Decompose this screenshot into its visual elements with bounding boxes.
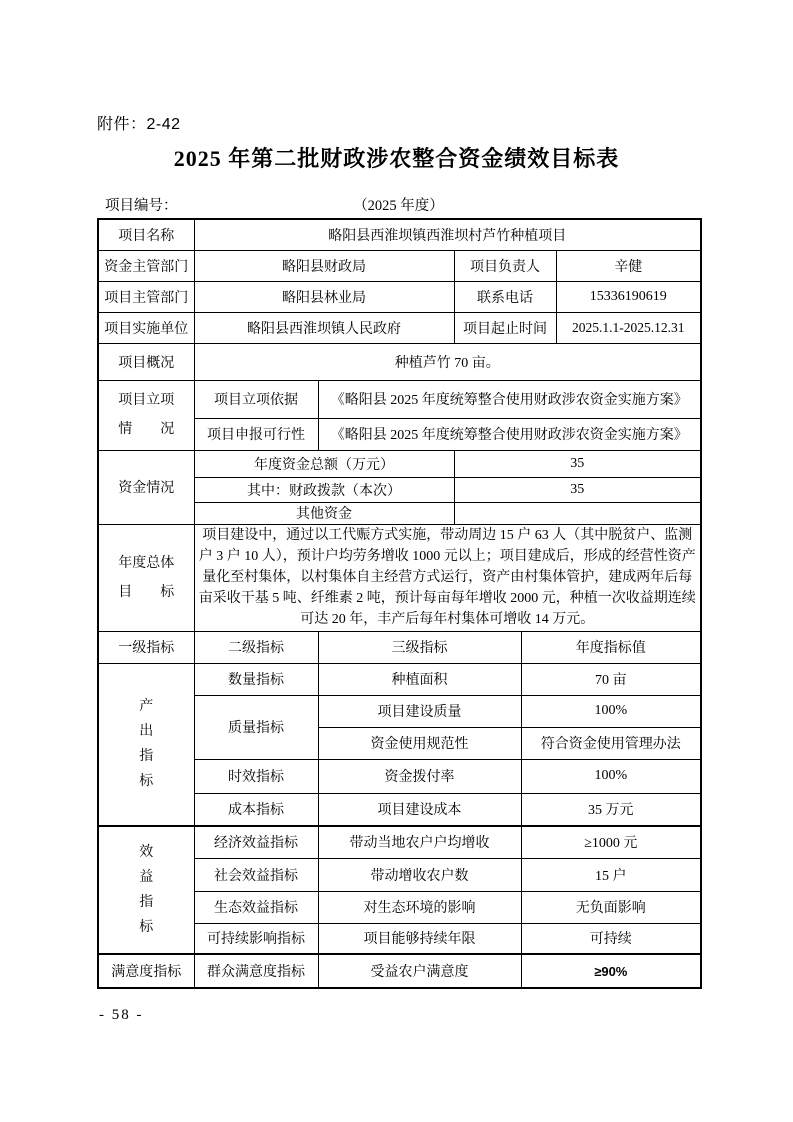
table-row: 项目概况 种植芦竹 70 亩。: [98, 343, 701, 380]
indicator-l3: 项目建设成本: [318, 793, 521, 826]
table-row: 项目实施单位 略阳县西淮坝镇人民政府 项目起止时间 2025.1.1-2025.…: [98, 312, 701, 343]
annual-goal-label-line2: 目 标: [101, 578, 192, 607]
project-name-value: 略阳县西淮坝镇西淮坝村芦竹种植项目: [194, 219, 701, 250]
subheader-row: 项目编号： （2025 年度）: [97, 194, 700, 214]
header-level2: 二级指标: [194, 631, 318, 663]
initiation-label-line1: 项目立项: [101, 386, 192, 415]
indicator-l2: 成本指标: [194, 793, 318, 826]
indicator-value: ≥90%: [521, 954, 701, 988]
phone-label: 联系电话: [454, 281, 556, 312]
indicator-l3: 对生态环境的影响: [318, 891, 521, 923]
header-level1: 一级指标: [98, 631, 194, 663]
annual-goal-label-line1: 年度总体: [101, 549, 192, 578]
attachment-label: 附件：2-42: [97, 111, 181, 134]
indicator-l2: 数量指标: [194, 663, 318, 695]
output-section-label: 产 出 指 标: [98, 663, 194, 826]
feasibility-label: 项目申报可行性: [194, 418, 318, 450]
admin-dept-value: 略阳县林业局: [194, 281, 454, 312]
indicator-row: 效 益 指 标 经济效益指标 带动当地农户户均增收 ≥1000 元: [98, 826, 701, 858]
admin-dept-label: 项目主管部门: [98, 281, 194, 312]
satisfaction-section-label: 满意度指标: [98, 954, 194, 988]
indicator-l3: 种植面积: [318, 663, 521, 695]
indicator-value: 100%: [521, 695, 701, 727]
indicator-l2: 可持续影响指标: [194, 923, 318, 954]
indicator-l3: 资金拨付率: [318, 759, 521, 793]
fund-dept-label: 资金主管部门: [98, 250, 194, 281]
header-value: 年度指标值: [521, 631, 701, 663]
header-level3: 三级指标: [318, 631, 521, 663]
indicator-l2: 质量指标: [194, 695, 318, 759]
indicator-row: 产 出 指 标 数量指标 种植面积 70 亩: [98, 663, 701, 695]
indicator-value: 15 户: [521, 858, 701, 891]
initiation-label-line2: 情 况: [101, 415, 192, 444]
indicator-l3: 受益农户满意度: [318, 954, 521, 988]
indicator-l2: 经济效益指标: [194, 826, 318, 858]
table-row: 项目名称 略阳县西淮坝镇西淮坝村芦竹种植项目: [98, 219, 701, 250]
indicator-value: 35 万元: [521, 793, 701, 826]
annual-goal-label: 年度总体 目 标: [98, 524, 194, 631]
document-title: 2025 年第二批财政涉农整合资金绩效目标表: [0, 142, 793, 173]
impl-unit-value: 略阳县西淮坝镇人民政府: [194, 312, 454, 343]
leader-label: 项目负责人: [454, 250, 556, 281]
benefit-label-char: 效: [101, 840, 192, 865]
table-row: 项目立项 情 况 项目立项依据 《略阳县 2025 年度统筹整合使用财政涉农资金…: [98, 380, 701, 418]
initiation-basis-label: 项目立项依据: [194, 380, 318, 418]
output-label-char: 出: [101, 719, 192, 744]
table-row: 资金情况 年度资金总额（万元） 35: [98, 450, 701, 477]
output-label-char: 指: [101, 744, 192, 769]
indicator-row: 满意度指标 群众满意度指标 受益农户满意度 ≥90%: [98, 954, 701, 988]
annual-goal-text: 项目建设中，通过以工代赈方式实施，带动周边 15 户 63 人（其中脱贫户、监测…: [194, 524, 701, 631]
indicator-l3: 资金使用规范性: [318, 727, 521, 759]
table-row: 资金主管部门 略阳县财政局 项目负责人 辛健: [98, 250, 701, 281]
funding-section-label: 资金情况: [98, 450, 194, 524]
page-number: - 58 -: [99, 1007, 144, 1024]
year-label: （2025 年度）: [97, 194, 700, 215]
indicator-value: 100%: [521, 759, 701, 793]
initiation-basis-value: 《略阳县 2025 年度统筹整合使用财政涉农资金实施方案》: [318, 380, 701, 418]
benefit-label-char: 指: [101, 890, 192, 915]
indicator-l3: 项目建设质量: [318, 695, 521, 727]
table-row: 年度总体 目 标 项目建设中，通过以工代赈方式实施，带动周边 15 户 63 人…: [98, 524, 701, 631]
indicator-value: 符合资金使用管理办法: [521, 727, 701, 759]
indicator-value: 可持续: [521, 923, 701, 954]
indicator-value: ≥1000 元: [521, 826, 701, 858]
duration-label: 项目起止时间: [454, 312, 556, 343]
funding-other-label: 其他资金: [194, 502, 454, 524]
indicator-value: 无负面影响: [521, 891, 701, 923]
benefit-section-label: 效 益 指 标: [98, 826, 194, 954]
duration-value: 2025.1.1-2025.12.31: [556, 312, 701, 343]
indicator-value: 70 亩: [521, 663, 701, 695]
initiation-section-label: 项目立项 情 况: [98, 380, 194, 450]
funding-total-value: 35: [454, 450, 701, 477]
performance-target-table: 项目名称 略阳县西淮坝镇西淮坝村芦竹种植项目 资金主管部门 略阳县财政局 项目负…: [97, 218, 702, 989]
indicator-l2: 时效指标: [194, 759, 318, 793]
indicator-l2: 群众满意度指标: [194, 954, 318, 988]
table-row: 项目主管部门 略阳县林业局 联系电话 15336190619: [98, 281, 701, 312]
funding-fiscal-value: 35: [454, 477, 701, 502]
indicator-l3: 带动当地农户户均增收: [318, 826, 521, 858]
document-page: 附件：2-42 2025 年第二批财政涉农整合资金绩效目标表 项目编号： （20…: [0, 0, 793, 1122]
overview-label: 项目概况: [98, 343, 194, 380]
output-label-char: 产: [101, 694, 192, 719]
leader-value: 辛健: [556, 250, 701, 281]
indicator-l3: 带动增收农户数: [318, 858, 521, 891]
indicator-l2: 生态效益指标: [194, 891, 318, 923]
overview-value: 种植芦竹 70 亩。: [194, 343, 701, 380]
impl-unit-label: 项目实施单位: [98, 312, 194, 343]
indicator-l3: 项目能够持续年限: [318, 923, 521, 954]
benefit-label-char: 益: [101, 865, 192, 890]
phone-value: 15336190619: [556, 281, 701, 312]
indicator-header-row: 一级指标 二级指标 三级指标 年度指标值: [98, 631, 701, 663]
project-name-label: 项目名称: [98, 219, 194, 250]
feasibility-value: 《略阳县 2025 年度统筹整合使用财政涉农资金实施方案》: [318, 418, 701, 450]
output-label-char: 标: [101, 769, 192, 794]
indicator-l2: 社会效益指标: [194, 858, 318, 891]
benefit-label-char: 标: [101, 915, 192, 940]
funding-total-label: 年度资金总额（万元）: [194, 450, 454, 477]
funding-fiscal-label: 其中：财政拨款（本次）: [194, 477, 454, 502]
funding-other-value: [454, 502, 701, 524]
fund-dept-value: 略阳县财政局: [194, 250, 454, 281]
